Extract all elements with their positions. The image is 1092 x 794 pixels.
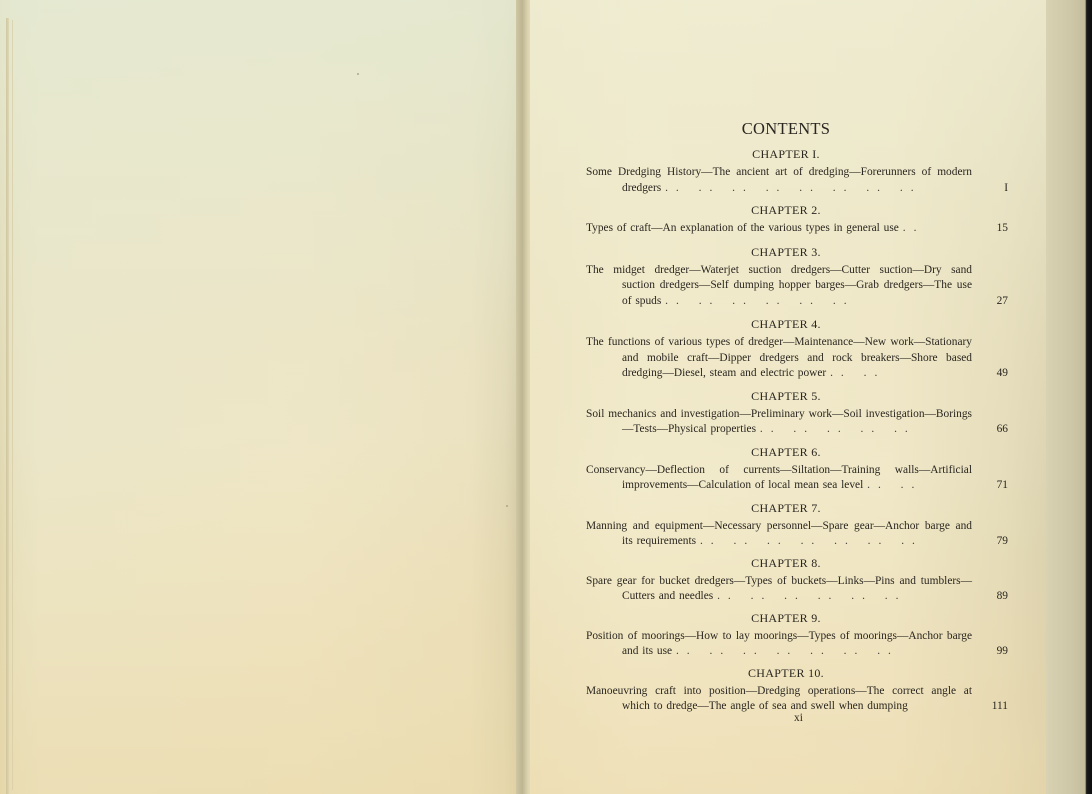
dot-leader: .. .. <box>830 367 885 379</box>
chapter-heading: CHAPTER 4. <box>586 316 986 332</box>
chapter-entry: CHAPTER 10.Manoeuvring craft into positi… <box>586 665 1010 715</box>
chapter-entry: CHAPTER 8.Spare gear for bucket dredgers… <box>586 555 1010 605</box>
left-page-edge <box>6 18 9 794</box>
dot-leader: .. .. .. .. .. .. <box>665 295 854 307</box>
chapter-entry: CHAPTER 6.Conservancy—Deflection of curr… <box>586 444 1010 494</box>
chapter-entry: CHAPTER 5.Soil mechanics and investigati… <box>586 388 1010 438</box>
page-number: 66 <box>978 422 1008 438</box>
chapter-entry: CHAPTER 9.Position of moorings—How to la… <box>586 610 1010 660</box>
chapter-heading: CHAPTER 8. <box>586 555 986 571</box>
chapter-heading: CHAPTER 7. <box>586 500 986 516</box>
chapter-description: Soil mechanics and investigation—Prelimi… <box>586 407 972 438</box>
page-number: I <box>978 181 1008 197</box>
page-number: 111 <box>978 699 1008 715</box>
page-number: 71 <box>978 478 1008 494</box>
chapter-description-row: Spare gear for bucket dredgers—Types of … <box>586 574 1010 605</box>
chapter-description: Manning and equipment—Necessary personne… <box>586 519 972 550</box>
chapter-description-text: The functions of various types of dredge… <box>586 336 972 379</box>
chapter-description-text: Types of craft—An explanation of the var… <box>586 222 899 234</box>
book-spread: CONTENTS CHAPTER I.Some Dredging History… <box>0 0 1092 794</box>
chapter-list: CHAPTER I.Some Dredging History—The anci… <box>586 146 1010 715</box>
chapter-description-row: The midget dredger—Waterjet suction dred… <box>586 263 1010 310</box>
dot-leader: .. .. .. .. .. .. <box>717 590 906 602</box>
contents-title: CONTENTS <box>586 118 986 140</box>
page-number: 27 <box>978 294 1008 310</box>
paper-speck <box>357 73 359 75</box>
chapter-description: The midget dredger—Waterjet suction dred… <box>586 263 972 310</box>
left-page-blank <box>0 0 520 794</box>
chapter-description: Manoeuvring craft into position—Dredging… <box>586 684 972 715</box>
page-number: 89 <box>978 589 1008 605</box>
chapter-description-row: Manning and equipment—Necessary personne… <box>586 519 1010 550</box>
left-page-edge-line <box>12 20 13 790</box>
chapter-description: Position of moorings—How to lay moorings… <box>586 629 972 660</box>
chapter-heading: CHAPTER I. <box>586 146 986 162</box>
dot-leader: .. .. .. .. .. .. .. .. <box>665 182 922 194</box>
chapter-description: Types of craft—An explanation of the var… <box>586 221 972 237</box>
page-number: 99 <box>978 644 1008 660</box>
chapter-heading: CHAPTER 10. <box>586 665 986 681</box>
dot-leader: .. .. .. .. .. <box>760 423 916 435</box>
dot-leader: .. .. <box>867 479 922 491</box>
chapter-heading: CHAPTER 2. <box>586 202 986 218</box>
right-page-edge <box>1046 0 1092 794</box>
chapter-description: Spare gear for bucket dredgers—Types of … <box>586 574 972 605</box>
chapter-entry: CHAPTER 4.The functions of various types… <box>586 316 1010 382</box>
chapter-description: The functions of various types of dredge… <box>586 335 972 382</box>
chapter-description-row: Some Dredging History—The ancient art of… <box>586 165 1010 196</box>
chapter-description-row: Position of moorings—How to lay moorings… <box>586 629 1010 660</box>
chapter-description-row: Manoeuvring craft into position—Dredging… <box>586 684 1010 715</box>
dot-leader: .. .. .. .. .. .. .. <box>700 535 923 547</box>
chapter-heading: CHAPTER 5. <box>586 388 986 404</box>
chapter-description-text: Manoeuvring craft into position—Dredging… <box>586 685 972 713</box>
chapter-entry: CHAPTER 3.The midget dredger—Waterjet su… <box>586 244 1010 310</box>
chapter-heading: CHAPTER 3. <box>586 244 986 260</box>
chapter-entry: CHAPTER 7.Manning and equipment—Necessar… <box>586 500 1010 550</box>
dot-leader: .. .. .. .. .. .. .. <box>676 645 899 657</box>
page-number: 49 <box>978 366 1008 382</box>
chapter-heading: CHAPTER 9. <box>586 610 986 626</box>
chapter-description: Conservancy—Deflection of currents—Silta… <box>586 463 972 494</box>
paper-speck <box>506 505 508 507</box>
dot-leader: .. <box>903 222 925 234</box>
chapter-description-row: Soil mechanics and investigation—Prelimi… <box>586 407 1010 438</box>
page-number: 15 <box>978 221 1008 237</box>
chapter-entry: CHAPTER 2.Types of craft—An explanation … <box>586 202 1010 237</box>
chapter-description: Some Dredging History—The ancient art of… <box>586 165 972 196</box>
chapter-heading: CHAPTER 6. <box>586 444 986 460</box>
chapter-description-row: Types of craft—An explanation of the var… <box>586 221 1010 237</box>
chapter-entry: CHAPTER I.Some Dredging History—The anci… <box>586 146 1010 196</box>
table-of-contents: CONTENTS CHAPTER I.Some Dredging History… <box>586 118 1010 715</box>
page-number: 79 <box>978 534 1008 550</box>
page-folio: xi <box>794 712 803 724</box>
chapter-description-row: Conservancy—Deflection of currents—Silta… <box>586 463 1010 494</box>
chapter-description-row: The functions of various types of dredge… <box>586 335 1010 382</box>
